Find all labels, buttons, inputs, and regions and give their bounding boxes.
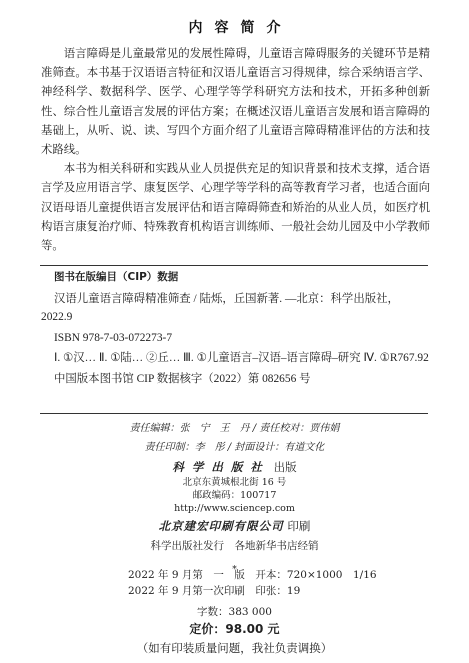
distribution-line: 科学出版社发行 各地新华书店经销 [0, 536, 469, 556]
publisher-line: 科学出版社 出版 [0, 458, 469, 476]
edition-line: 2022 年 9 月第 一 版 开本：720×1000 1/16 [128, 567, 377, 583]
imprint-block: 科学出版社 出版 北京东黄城根北街 16 号 邮政编码：100717 http:… [0, 458, 469, 578]
publication-specs: 2022 年 9 月第 一 版 开本：720×1000 1/16 2022 年 … [128, 567, 377, 599]
printer-suffix: 印刷 [287, 519, 310, 533]
quality-note: （如有印装质量问题，我社负责调换） [0, 640, 469, 656]
credits-line-editors: 责任编辑：张 宁 王 丹 / 责任校对：贾伟娟 [0, 419, 469, 438]
editorial-credits: 责任编辑：张 宁 王 丹 / 责任校对：贾伟娟 责任印制：李 彤 / 封面设计：… [0, 419, 469, 457]
copyright-page: 内容简介 语言障碍是儿童最常见的发展性障碍，儿童语言障碍服务的关键环节是精准筛查… [0, 0, 469, 663]
printing-line: 2022 年 9 月第一次印刷 印张：19 [128, 583, 377, 599]
cip-entry: 汉语儿童语言障碍精准筛查 / 陆烁，丘国新著. —北京：科学出版社，2022.9 [41, 290, 430, 327]
cip-header: 图书在版编目（CIP）数据 [41, 268, 430, 287]
summary-paragraph: 语言障碍是儿童最常见的发展性障碍，儿童语言障碍服务的关键环节是精准筛查。本书基于… [41, 44, 430, 159]
printer-line: 北京建宏印刷有限公司 印刷 [0, 517, 469, 536]
publisher-suffix: 出版 [274, 460, 297, 474]
word-count: 字数：383 000 [0, 604, 469, 619]
publisher-website: http://www.sciencep.com [0, 502, 469, 515]
publisher-address: 北京东黄城根北街 16 号 [0, 476, 469, 489]
publisher-name: 科学出版社 [172, 460, 270, 474]
cip-data-block: 图书在版编目（CIP）数据 汉语儿童语言障碍精准筛查 / 陆烁，丘国新著. —北… [41, 268, 430, 390]
printer-name: 北京建宏印刷有限公司 [159, 519, 284, 533]
divider-bottom [40, 413, 428, 414]
publisher-postcode: 邮政编码：100717 [0, 489, 469, 502]
cip-isbn: ISBN 978-7-03-072273-7 [41, 329, 430, 348]
cip-record: 中国版本图书馆 CIP 数据核字（2022）第 082656 号 [41, 370, 430, 389]
summary-paragraph: 本书为相关科研和实践从业人员提供充足的知识背景和技术支撑，适合语言学及应用语言学… [41, 159, 430, 255]
section-title: 内容简介 [0, 17, 469, 37]
book-summary: 语言障碍是儿童最常见的发展性障碍，儿童语言障碍服务的关键环节是精准筛查。本书基于… [41, 44, 430, 255]
credits-line-production: 责任印制：李 彤 / 封面设计：有道文化 [0, 438, 469, 457]
cip-classification: Ⅰ. ①汉… Ⅱ. ①陆… ②丘… Ⅲ. ①儿童语言–汉语–语言障碍–研究 Ⅳ.… [41, 349, 430, 368]
divider-top [40, 265, 428, 266]
price: 定价：98.00 元 [0, 620, 469, 637]
